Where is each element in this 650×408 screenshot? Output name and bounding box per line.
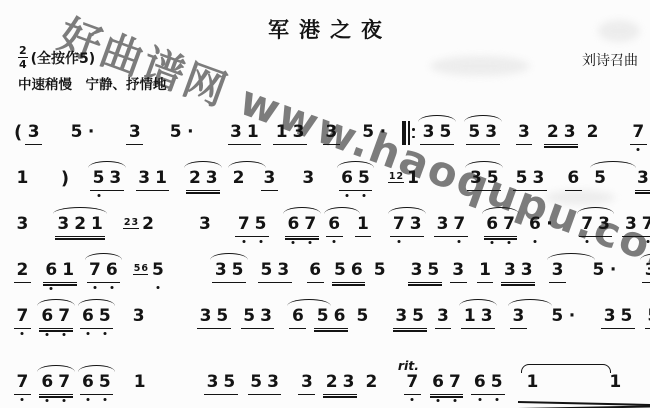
- note-group: 53: [466, 124, 500, 145]
- note-group: 67: [39, 308, 73, 329]
- note-digit: 6: [106, 262, 118, 280]
- note-group: 7: [630, 124, 647, 145]
- note-digit: 3: [437, 308, 449, 326]
- note-group: 23: [186, 170, 220, 191]
- note-digit: 5: [261, 262, 273, 280]
- note-digit: 3: [138, 170, 150, 188]
- parenthesis: ): [61, 169, 69, 191]
- slur-arc: [53, 207, 108, 214]
- note-digit: 5: [99, 374, 111, 392]
- note-digit: 3: [343, 374, 355, 392]
- note-digit: 3: [109, 170, 121, 188]
- note-group: 1: [607, 374, 624, 395]
- slur-arc: [37, 365, 75, 372]
- augmentation-dot: ·: [546, 216, 552, 234]
- note-group: 35: [642, 262, 650, 283]
- composer-credit: 刘诗召曲: [582, 50, 638, 70]
- note-group: 35: [197, 308, 231, 329]
- grace-digit: 5: [134, 264, 141, 274]
- note-digit: 1: [62, 262, 74, 280]
- grace-digit: 2: [396, 172, 403, 182]
- song-title: 军港之夜: [0, 0, 650, 44]
- slur-arc: [85, 253, 123, 260]
- note-digit: 5: [487, 170, 499, 188]
- note-digit: 3: [625, 216, 637, 234]
- note-digit: 3: [293, 124, 305, 142]
- note-digit: 1: [357, 216, 369, 234]
- note-group: 35: [601, 308, 635, 329]
- slur-arc: [324, 207, 360, 214]
- note-digit: 2: [189, 170, 201, 188]
- key-note-label: (全按作5): [31, 48, 96, 68]
- note-group: 3: [635, 170, 650, 191]
- note-group: 35: [393, 308, 427, 329]
- rit-text: rit.: [398, 358, 419, 373]
- note-group: 5·: [549, 308, 575, 329]
- note-digit: 7: [453, 216, 465, 234]
- meta-row: 2 4 (全按作5) 刘诗召曲: [0, 44, 650, 70]
- note-digit: 5: [358, 170, 370, 188]
- note-group: 6·: [526, 216, 552, 237]
- note-group: 1: [524, 374, 541, 395]
- note-group: 321: [55, 216, 106, 237]
- note-group: 1: [355, 216, 372, 237]
- note-group: 35: [420, 124, 454, 145]
- note-group: 3: [323, 124, 340, 145]
- note-digit: 3: [645, 262, 650, 280]
- note-group: 1: [131, 374, 148, 395]
- note-digit: 5: [592, 262, 604, 280]
- augmentation-dot: ·: [187, 124, 193, 142]
- note-digit: 6: [486, 216, 498, 234]
- slur-arc: [577, 207, 615, 214]
- note-digit: 5: [362, 124, 374, 142]
- note-digit: 3: [325, 124, 337, 142]
- note-digit: 1: [91, 216, 103, 234]
- note-group: 23: [323, 374, 357, 395]
- note-digit: 2: [233, 170, 245, 188]
- score-line-4: 261765653553656535313335·35533232: [14, 237, 638, 283]
- note-group: 53: [513, 170, 547, 191]
- note-digit: 3: [200, 308, 212, 326]
- sheet-music-page: 好曲谱网 www.haoqupu.com 军港之夜 2 4 (全按作5) 刘诗召…: [0, 0, 650, 408]
- note-digit: 2: [326, 374, 338, 392]
- slur-arc: [388, 207, 426, 214]
- note-digit: 5: [594, 170, 606, 188]
- note-group: 65: [471, 374, 505, 395]
- note-digit: 5: [334, 262, 346, 280]
- note-digit: 5: [427, 262, 439, 280]
- note-digit: 3: [598, 216, 610, 234]
- note-digit: 3: [230, 124, 242, 142]
- note-group: 35: [408, 262, 442, 283]
- note-group: 73: [390, 216, 424, 237]
- note-digit: 6: [41, 374, 53, 392]
- notation-area: (35·35·311335·35533232767651)53312323365…: [0, 99, 650, 395]
- note-group: 6: [289, 308, 306, 329]
- note-group: 3: [14, 216, 31, 237]
- grace-digit: 3: [132, 218, 139, 228]
- note-digit: 3: [532, 170, 544, 188]
- note-group: 75: [235, 216, 269, 237]
- note-digit: 5: [216, 308, 228, 326]
- note-group: 5·: [167, 124, 193, 145]
- slur-arc: [465, 161, 503, 168]
- note-digit: 1: [17, 170, 29, 188]
- note-digit: 5: [621, 308, 633, 326]
- note-digit: 3: [133, 308, 145, 326]
- slur-arc: [88, 161, 126, 168]
- slur-arc: [508, 299, 552, 306]
- slur-arc: [78, 299, 116, 306]
- note-digit: 3: [423, 124, 435, 142]
- score-content: 军港之夜 2 4 (全按作5) 刘诗召曲 中速稍慢 宁静、抒情地 (35·35·…: [0, 0, 650, 395]
- grace-notes: 12: [388, 172, 403, 184]
- note-group: 6: [307, 262, 324, 283]
- note-group: 35: [467, 170, 501, 191]
- note-group: 3: [298, 374, 315, 395]
- slur-arc: [283, 207, 321, 214]
- note-digit: 3: [552, 262, 564, 280]
- note-group: 5·: [360, 124, 386, 145]
- note-digit: 5: [374, 262, 386, 280]
- note-group: 65: [339, 170, 373, 191]
- note-digit: 5: [440, 124, 452, 142]
- note-digit: 7: [406, 374, 418, 392]
- note-group: 2: [14, 262, 31, 283]
- note-digit: 3: [513, 308, 525, 326]
- note-digit: 5: [170, 124, 182, 142]
- note-digit: 7: [632, 124, 644, 142]
- repeat-dots: [412, 121, 415, 145]
- note-group: 1: [14, 170, 31, 191]
- note-digit: 3: [485, 124, 497, 142]
- note-digit: 3: [277, 262, 289, 280]
- note-digit: 7: [58, 308, 70, 326]
- note-group: 65: [80, 308, 114, 329]
- slur-arc: [228, 161, 266, 168]
- note-digit: 6: [82, 308, 94, 326]
- note-group: 6: [565, 170, 582, 191]
- repeat-thick-bar: [402, 121, 406, 145]
- note-group: 67: [285, 216, 319, 237]
- note-digit: 5: [255, 216, 267, 234]
- time-signature-numerator: 2: [18, 45, 28, 58]
- note-digit: 5: [71, 124, 83, 142]
- note-digit: 5: [551, 308, 563, 326]
- note-group: 56: [332, 262, 366, 283]
- note-group: 1: [477, 262, 494, 283]
- note-digit: 6: [341, 170, 353, 188]
- note-digit: 7: [642, 216, 650, 234]
- note-digit: 7: [503, 216, 515, 234]
- note-digit: 2: [587, 124, 599, 142]
- note-digit: 7: [449, 374, 461, 392]
- grace-digit: 6: [141, 264, 148, 274]
- note-digit: 7: [17, 308, 29, 326]
- slur-arc: [184, 161, 222, 168]
- grace-notes: 56: [133, 264, 148, 276]
- note-digit: 2: [547, 124, 559, 142]
- score-line-6: 76765135533232rit.7676511: [14, 329, 638, 395]
- note-digit: 3: [564, 124, 576, 142]
- note-digit: 7: [58, 374, 70, 392]
- slur-arc: [547, 253, 595, 260]
- note-digit: 3: [470, 170, 482, 188]
- augmentation-dot: ·: [569, 308, 575, 326]
- note-digit: 5: [468, 124, 480, 142]
- note-digit: 7: [304, 216, 316, 234]
- note-group: 3: [510, 308, 527, 329]
- note-digit: 3: [604, 308, 616, 326]
- note-digit: 5: [152, 262, 164, 280]
- note-group: 3: [435, 308, 452, 329]
- note-group: 5: [149, 262, 166, 283]
- note-digit: 5: [250, 374, 262, 392]
- note-group: 35: [204, 374, 238, 395]
- note-digit: 5: [491, 374, 503, 392]
- note-digit: 3: [518, 124, 530, 142]
- note-digit: 6: [328, 216, 340, 234]
- slur-arc: [464, 115, 502, 122]
- note-group: 3: [126, 124, 143, 145]
- note-group: 3: [25, 124, 42, 145]
- note-digit: 2: [142, 216, 154, 234]
- note-group: 13: [273, 124, 307, 145]
- note-group: 5·: [590, 262, 616, 283]
- note-digit: 3: [199, 216, 211, 234]
- note-digit: 3: [207, 374, 219, 392]
- slur-arc: [418, 115, 456, 122]
- note-group: 3: [130, 308, 147, 329]
- note-digit: 6: [432, 374, 444, 392]
- note-group: 2: [230, 170, 247, 191]
- tempo-expression-text: 中速稍慢 宁静、抒情地: [0, 70, 650, 95]
- note-digit: 5: [99, 308, 111, 326]
- note-digit: 3: [452, 262, 464, 280]
- note-digit: 6: [82, 374, 94, 392]
- note-digit: 3: [129, 124, 141, 142]
- note-digit: 7: [17, 374, 29, 392]
- repeat-dot: [412, 128, 415, 131]
- note-group: 3: [549, 262, 566, 283]
- note-group: 5: [592, 170, 609, 191]
- note-digit: 1: [134, 374, 146, 392]
- note-digit: 6: [41, 308, 53, 326]
- score-line-3: 332123237567617337676·73377676: [14, 191, 638, 237]
- grace-digit: 2: [124, 218, 131, 228]
- note-digit: 7: [89, 262, 101, 280]
- note-group: 2: [584, 124, 601, 145]
- note-group: 73: [579, 216, 613, 237]
- note-digit: 5: [356, 308, 368, 326]
- note-group: 13: [461, 308, 495, 329]
- note-digit: 3: [504, 262, 516, 280]
- note-group: 37: [434, 216, 468, 237]
- note-digit: 6: [45, 262, 57, 280]
- note-group: 5·: [68, 124, 94, 145]
- note-digit: 6: [309, 262, 321, 280]
- note-digit: 6: [351, 262, 363, 280]
- grace-digit: 1: [389, 172, 396, 182]
- note-group: 5: [645, 308, 650, 329]
- note-group: 7: [14, 308, 31, 329]
- note-digit: 3: [410, 216, 422, 234]
- note-digit: 5: [516, 170, 528, 188]
- repeat-dot: [412, 136, 415, 139]
- note-digit: 1: [247, 124, 259, 142]
- score-line-1: (35·35·311335·3553323276765: [14, 99, 638, 145]
- note-digit: 3: [206, 170, 218, 188]
- note-digit: 5: [232, 262, 244, 280]
- note-digit: 5: [223, 374, 235, 392]
- note-digit: 3: [17, 216, 29, 234]
- note-group: 3: [516, 124, 533, 145]
- note-digit: 5: [93, 170, 105, 188]
- note-group: 5: [371, 262, 388, 283]
- note-digit: 3: [267, 374, 279, 392]
- note-group: 67: [39, 374, 73, 395]
- note-digit: 2: [74, 216, 86, 234]
- note-group: 1: [405, 170, 422, 191]
- parenthesis: (: [14, 123, 22, 145]
- note-group: 23: [544, 124, 578, 145]
- note-group: 33: [501, 262, 535, 283]
- note-group: 31: [228, 124, 262, 145]
- note-digit: 3: [28, 124, 40, 142]
- slur-arc: [459, 299, 497, 306]
- note-digit: 3: [301, 374, 313, 392]
- note-digit: 3: [411, 262, 423, 280]
- note-digit: 2: [17, 262, 29, 280]
- note-digit: 5: [243, 308, 255, 326]
- slur-arc: [78, 365, 116, 372]
- slur-arc: [210, 253, 248, 260]
- note-group: 3: [300, 170, 317, 191]
- note-digit: 3: [481, 308, 493, 326]
- score-line-2: 1)533123233651213553653: [14, 145, 638, 191]
- grace-notes: 23: [123, 218, 138, 230]
- note-digit: 7: [393, 216, 405, 234]
- note-digit: 6: [529, 216, 541, 234]
- note-group: 7: [14, 374, 31, 395]
- note-digit: 1: [464, 308, 476, 326]
- note-group: 3: [261, 170, 278, 191]
- slur-arc: [590, 161, 636, 168]
- note-digit: 6: [334, 308, 346, 326]
- score-line-5: 767653355365653531335·355333232: [14, 283, 638, 329]
- note-group: 2: [140, 216, 157, 237]
- slur-arc: [482, 207, 520, 214]
- augmentation-dot: ·: [610, 262, 616, 280]
- note-digit: 6: [567, 170, 579, 188]
- note-digit: 3: [263, 170, 275, 188]
- note-digit: 7: [238, 216, 250, 234]
- note-group: 53: [258, 262, 292, 283]
- time-signature-denominator: 4: [19, 58, 27, 70]
- repeat-thin-bar: [408, 121, 410, 145]
- note-group: 53: [248, 374, 282, 395]
- note-group: 35: [212, 262, 246, 283]
- note-digit: 2: [365, 374, 377, 392]
- note-digit: 6: [288, 216, 300, 234]
- note-group: 3: [196, 216, 213, 237]
- note-group: 7: [404, 374, 421, 395]
- note-digit: 1: [479, 262, 491, 280]
- note-group: 65: [80, 374, 114, 395]
- note-digit: 5: [412, 308, 424, 326]
- time-signature-and-key: 2 4 (全按作5): [18, 45, 95, 70]
- note-group: 53: [241, 308, 275, 329]
- note-group: 76: [87, 262, 121, 283]
- note-digit: 3: [215, 262, 227, 280]
- note-digit: 7: [581, 216, 593, 234]
- note-digit: 3: [260, 308, 272, 326]
- slur-arc: [37, 299, 75, 306]
- note-digit: 1: [527, 374, 539, 392]
- note-digit: 1: [609, 374, 621, 392]
- note-group: 3: [450, 262, 467, 283]
- slur-arc: [640, 253, 650, 260]
- note-group: 31: [136, 170, 170, 191]
- begin-repeat-barline: [402, 121, 415, 145]
- note-digit: 3: [302, 170, 314, 188]
- note-digit: 1: [276, 124, 288, 142]
- augmentation-dot: ·: [88, 124, 94, 142]
- note-digit: 1: [155, 170, 167, 188]
- note-digit: 3: [57, 216, 69, 234]
- note-digit: 3: [395, 308, 407, 326]
- note-group: 37: [622, 216, 650, 237]
- note-group: 2: [363, 374, 380, 395]
- note-digit: 6: [292, 308, 304, 326]
- note-group: 6: [326, 216, 343, 237]
- augmentation-dot: ·: [380, 124, 386, 142]
- slur-arc: [337, 161, 375, 168]
- note-group: 56: [314, 308, 348, 329]
- note-digit: 3: [637, 170, 649, 188]
- note-digit: 3: [437, 216, 449, 234]
- slur-arc: [287, 299, 331, 306]
- note-digit: 3: [521, 262, 533, 280]
- time-signature: 2 4: [18, 45, 28, 70]
- note-group: 53: [90, 170, 124, 191]
- note-digit: 6: [474, 374, 486, 392]
- note-group: 67: [484, 216, 518, 237]
- note-digit: 1: [407, 170, 419, 188]
- note-digit: 5: [317, 308, 329, 326]
- note-group: 67: [430, 374, 464, 395]
- note-group: 5: [354, 308, 371, 329]
- note-group: 61: [43, 262, 77, 283]
